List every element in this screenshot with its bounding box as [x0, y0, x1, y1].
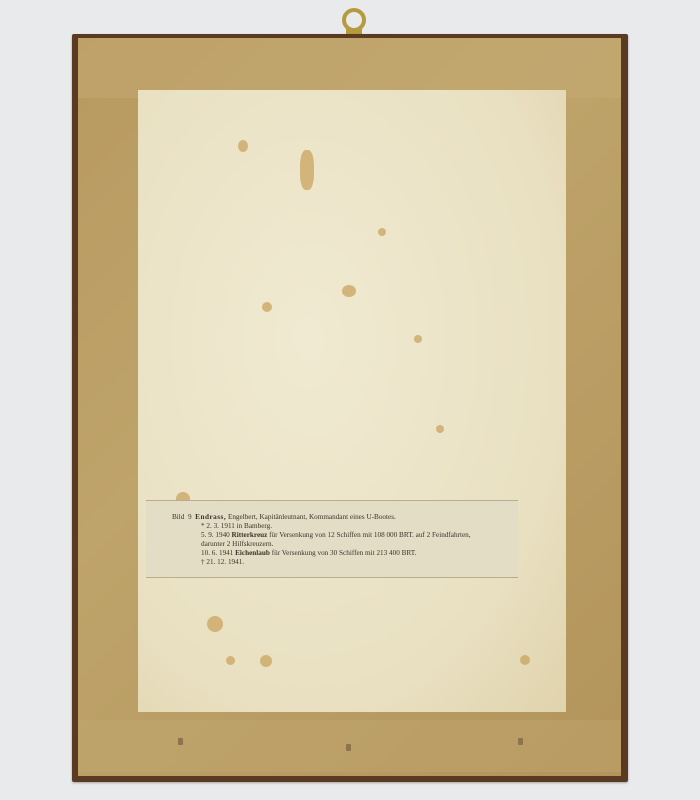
label-title-rest: Engelbert, Kapitänleutnant, Kommandant e…	[228, 513, 396, 521]
rk-award: Ritterkreuz	[232, 531, 268, 539]
label-prefix: Bild	[172, 513, 184, 521]
nail	[346, 744, 351, 751]
label-knights-cross: 5. 9. 1940 Ritterkreuz für Versenkung vo…	[172, 531, 471, 540]
label-knights-cross-cont: darunter 2 Hilfskreuzern.	[172, 540, 471, 549]
el-text: für Versenkung von 30 Schiffen mit 213 4…	[272, 549, 417, 557]
rk-text: für Versenkung von 12 Schiffen mit 108 0…	[269, 531, 470, 539]
label-number: 9	[188, 513, 192, 521]
stain	[520, 655, 530, 665]
nail	[518, 738, 523, 745]
stain	[262, 302, 272, 312]
stain	[378, 228, 386, 236]
label-name: Endrass,	[195, 513, 226, 521]
stain	[342, 285, 356, 297]
backing-paper	[138, 90, 566, 712]
stain	[226, 656, 235, 665]
label-oak-leaves: 10. 6. 1941 Eichenlaub für Versenkung vo…	[172, 549, 471, 558]
archival-label: Bild 9 Endrass, Engelbert, Kapitänleutna…	[172, 513, 471, 567]
stain	[260, 655, 272, 667]
stain	[207, 616, 223, 632]
tape-top	[78, 38, 621, 98]
stain	[436, 425, 444, 433]
stain	[300, 150, 314, 190]
nail	[178, 738, 183, 745]
label-title-line: Bild 9 Endrass, Engelbert, Kapitänleutna…	[172, 513, 471, 522]
el-award: Eichenlaub	[235, 549, 270, 557]
stain	[238, 140, 248, 152]
el-date: 10. 6. 1941	[201, 549, 233, 557]
rk-date: 5. 9. 1940	[201, 531, 230, 539]
label-birth: * 2. 3. 1911 in Bamberg.	[172, 522, 471, 531]
label-death: † 21. 12. 1941.	[172, 558, 471, 567]
stain	[414, 335, 422, 343]
